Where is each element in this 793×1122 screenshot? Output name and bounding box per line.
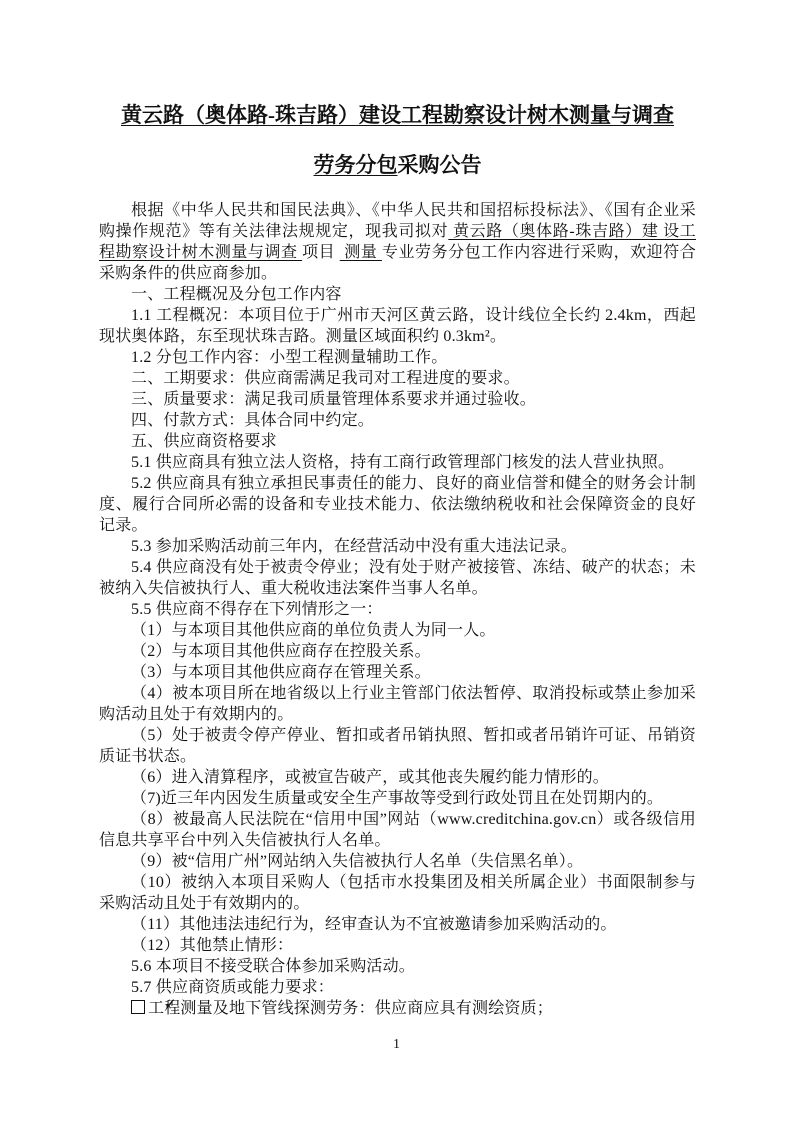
text-run: 5.4 供应商没有处于被责令停业；没有处于财产被接管、冻结、破产的状态；未被纳入… (99, 559, 696, 597)
paragraph: （10）被纳入本项目采购人（包括市水投集团及相关所属企业）书面限制参与采购活动且… (99, 872, 696, 914)
paragraph: 5.7 供应商资质或能力要求： (99, 977, 696, 998)
paragraph: 5.4 供应商没有处于被责令停业；没有处于财产被接管、冻结、破产的状态；未被纳入… (99, 557, 696, 599)
text-run: 5.3 参加采购活动前三年内，在经营活动中没有重大违法记录。 (131, 538, 577, 555)
paragraph: 5.2 供应商具有独立承担民事责任的能力、良好的商业信誉和健全的财务会计制度、履… (99, 473, 696, 536)
paragraph: （8）被最高人民法院在“信用中国”网站（www.creditchina.gov.… (99, 809, 696, 851)
paragraph: （5）处于被责令停产停业、暂扣或者吊销执照、暂扣或者吊销许可证、吊销资质证书状态… (99, 725, 696, 767)
text-run: （7)近三年内因发生质量或安全生产事故等受到行政处罚且在处罚期内的。 (131, 790, 663, 807)
document-title: 黄云路（奥体路-珠吉路）建设工程勘察设计树木测量与调查劳务分包采购公告 (99, 90, 696, 190)
page-number: 1 (0, 1036, 793, 1054)
text-run: 二、工期要求：供应商需满足我司对工程进度的要求。 (131, 370, 520, 387)
paragraph: （4）被本项目所在地省级以上行业主管部门依法暂停、取消投标或禁止参加采购活动且处… (99, 683, 696, 725)
text-run: （3）与本项目其他供应商存在管理关系。 (131, 664, 431, 681)
paragraph: 五、供应商资格要求 (99, 431, 696, 452)
text-run: 采购公告 (398, 153, 482, 177)
document-page: 黄云路（奥体路-珠吉路）建设工程勘察设计树木测量与调查劳务分包采购公告 根据《中… (0, 0, 793, 1122)
title-line: 黄云路（奥体路-珠吉路）建设工程勘察设计树木测量与调查 (99, 90, 696, 140)
paragraph: （2）与本项目其他供应商存在控股关系。 (99, 641, 696, 662)
text-run: 5.2 供应商具有独立承担民事责任的能力、良好的商业信誉和健全的财务会计制度、履… (99, 475, 696, 534)
paragraph: （9）被“信用广州”网站纳入失信被执行人名单（失信黑名单）。 (99, 851, 696, 872)
underlined-text: 黄云路（奥体路-珠吉路）建设工程勘察设计树木测量与调查 (121, 103, 674, 127)
text-run: 五、供应商资格要求 (131, 433, 277, 450)
paragraph: 5.6 本项目不接受联合体参加采购活动。 (99, 956, 696, 977)
document-content: 黄云路（奥体路-珠吉路）建设工程勘察设计树木测量与调查劳务分包采购公告 根据《中… (99, 90, 696, 1019)
paragraph: 1.2 分包工作内容：小型工程测量辅助工作。 (99, 347, 696, 368)
text-run: （12）其他禁止情形： (131, 937, 293, 954)
paragraph: 一、工程概况及分包工作内容 (99, 284, 696, 305)
paragraph: 5.1 供应商具有独立法人资格，持有工商行政管理部门核发的法人营业执照。 (99, 452, 696, 473)
paragraph: 四、付款方式：具体合同中约定。 (99, 410, 696, 431)
paragraph: 1.1 工程概况：本项目位于广州市天河区黄云路，设计线位全长约 2.4km，西起… (99, 305, 696, 347)
text-run: 5.6 本项目不接受联合体参加采购活动。 (131, 958, 415, 975)
text-run: 5.1 供应商具有独立法人资格，持有工商行政管理部门核发的法人营业执照。 (131, 454, 674, 471)
paragraph: 二、工期要求：供应商需满足我司对工程进度的要求。 (99, 368, 696, 389)
paragraph: 三、质量要求：满足我司质量管理体系要求并通过验收。 (99, 389, 696, 410)
text-run: （11）其他违法违纪行为，经审查认为不宜被邀请参加采购活动的。 (131, 916, 617, 933)
title-line: 劳务分包采购公告 (99, 140, 696, 190)
paragraph: （11）其他违法违纪行为，经审查认为不宜被邀请参加采购活动的。 (99, 914, 696, 935)
text-run: 1.1 工程概况：本项目位于广州市天河区黄云路，设计线位全长约 2.4km，西起… (99, 307, 696, 345)
paragraph: 5.3 参加采购活动前三年内，在经营活动中没有重大违法记录。 (99, 536, 696, 557)
paragraph: （6）进入清算程序，或被宣告破产，或其他丧失履约能力情形的。 (99, 767, 696, 788)
text-run: 一、工程概况及分包工作内容 (131, 286, 342, 303)
text-run: 1.2 分包工作内容：小型工程测量辅助工作。 (131, 349, 447, 366)
text-run: （2）与本项目其他供应商存在控股关系。 (131, 643, 431, 660)
paragraph: 工程测量及地下管线探测劳务：供应商应具有测绘资质； (99, 998, 696, 1019)
paragraph: （1）与本项目其他供应商的单位负责人为同一人。 (99, 620, 696, 641)
document-body: 根据《中华人民共和国民法典》、《中华人民共和国招标投标法》、《国有企业采购操作规… (99, 200, 696, 1019)
text-run: 项目 (302, 244, 340, 261)
paragraph: 5.5 供应商不得存在下列情形之一： (99, 599, 696, 620)
checked-checkbox-icon (131, 1000, 145, 1014)
paragraph: （7)近三年内因发生质量或安全生产事故等受到行政处罚且在处罚期内的。 (99, 788, 696, 809)
text-run: 四、付款方式：具体合同中约定。 (131, 412, 374, 429)
paragraph: （12）其他禁止情形： (99, 935, 696, 956)
text-run: 三、质量要求：满足我司质量管理体系要求并通过验收。 (131, 391, 536, 408)
text-run: （9）被“信用广州”网站纳入失信被执行人名单（失信黑名单）。 (131, 853, 583, 870)
text-run: （8）被最高人民法院在“信用中国”网站（www.creditchina.gov.… (99, 811, 696, 849)
text-run: （4）被本项目所在地省级以上行业主管部门依法暂停、取消投标或禁止参加采购活动且处… (99, 685, 696, 723)
underlined-text: 测量 (340, 244, 382, 261)
text-run: 5.5 供应商不得存在下列情形之一： (131, 601, 383, 618)
text-run: （10）被纳入本项目采购人（包括市水投集团及相关所属企业）书面限制参与采购活动且… (99, 874, 696, 912)
text-run: （6）进入清算程序，或被宣告破产，或其他丧失履约能力情形的。 (131, 769, 609, 786)
paragraph: （3）与本项目其他供应商存在管理关系。 (99, 662, 696, 683)
text-run: （1）与本项目其他供应商的单位负责人为同一人。 (131, 622, 496, 639)
text-run: （5）处于被责令停产停业、暂扣或者吊销执照、暂扣或者吊销许可证、吊销资质证书状态… (99, 727, 696, 765)
paragraph: 根据《中华人民共和国民法典》、《中华人民共和国招标投标法》、《国有企业采购操作规… (99, 200, 696, 284)
underlined-text: 劳务分包 (314, 153, 398, 177)
text-run: 工程测量及地下管线探测劳务：供应商应具有测绘资质； (148, 1000, 553, 1017)
